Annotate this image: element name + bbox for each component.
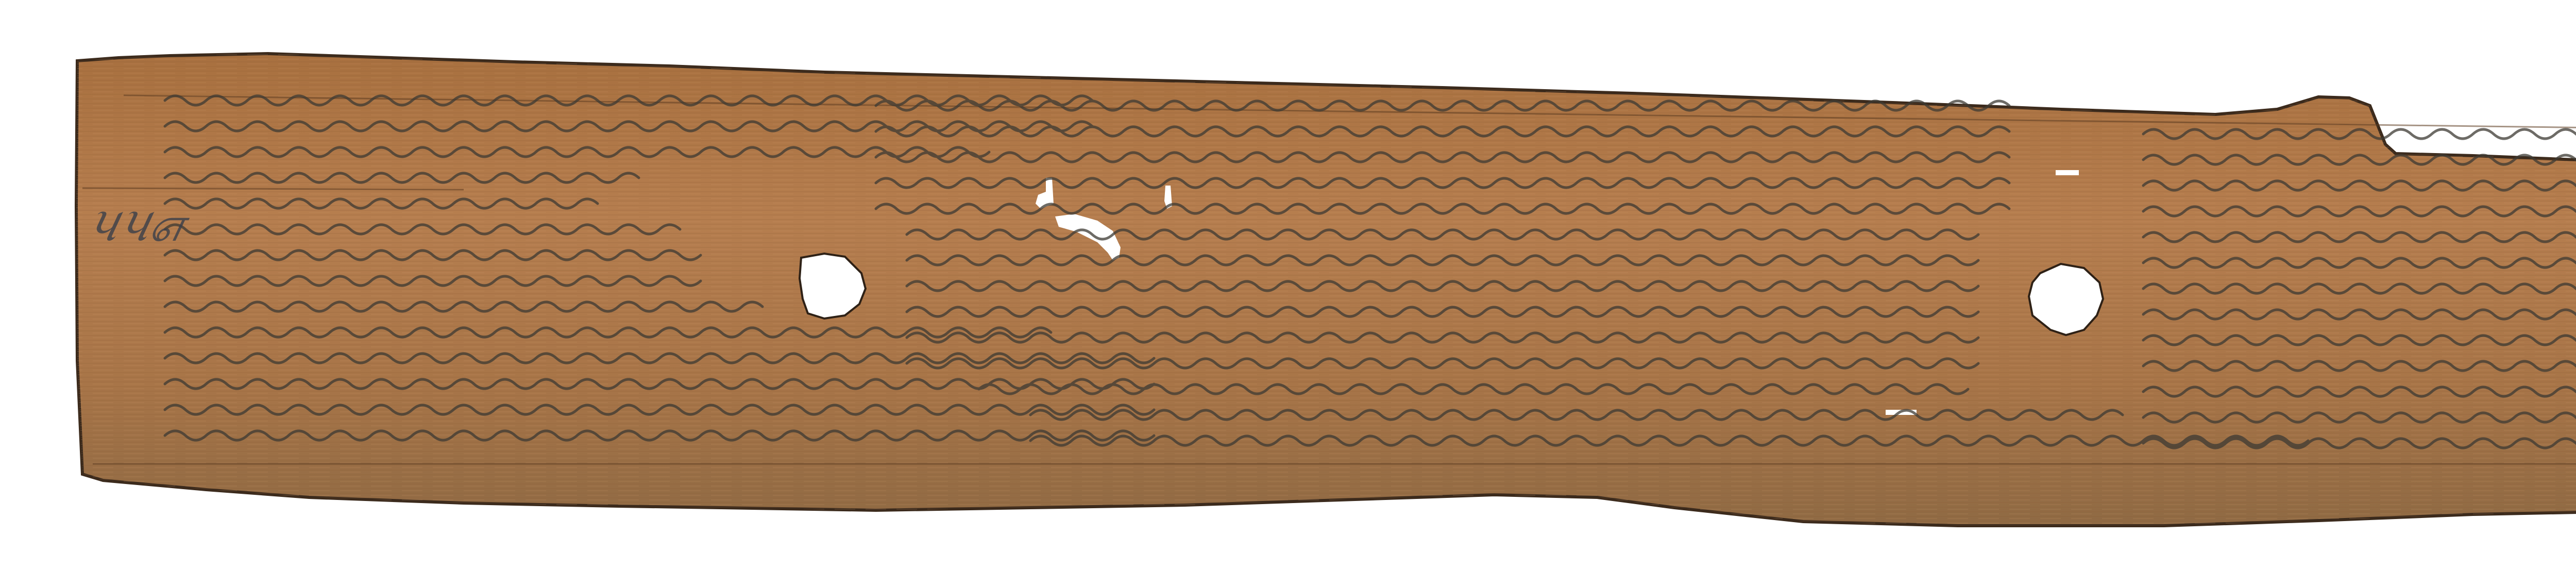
text-block-center	[876, 101, 2308, 445]
manuscript-scan: ૫૫௭ ११௲ 488	[0, 0, 2576, 568]
manuscript-text	[0, 0, 2576, 568]
text-block-left	[165, 96, 1154, 440]
left-margin-folio-numeral: ૫૫௭	[82, 201, 190, 248]
text-block-right	[2143, 129, 2576, 448]
